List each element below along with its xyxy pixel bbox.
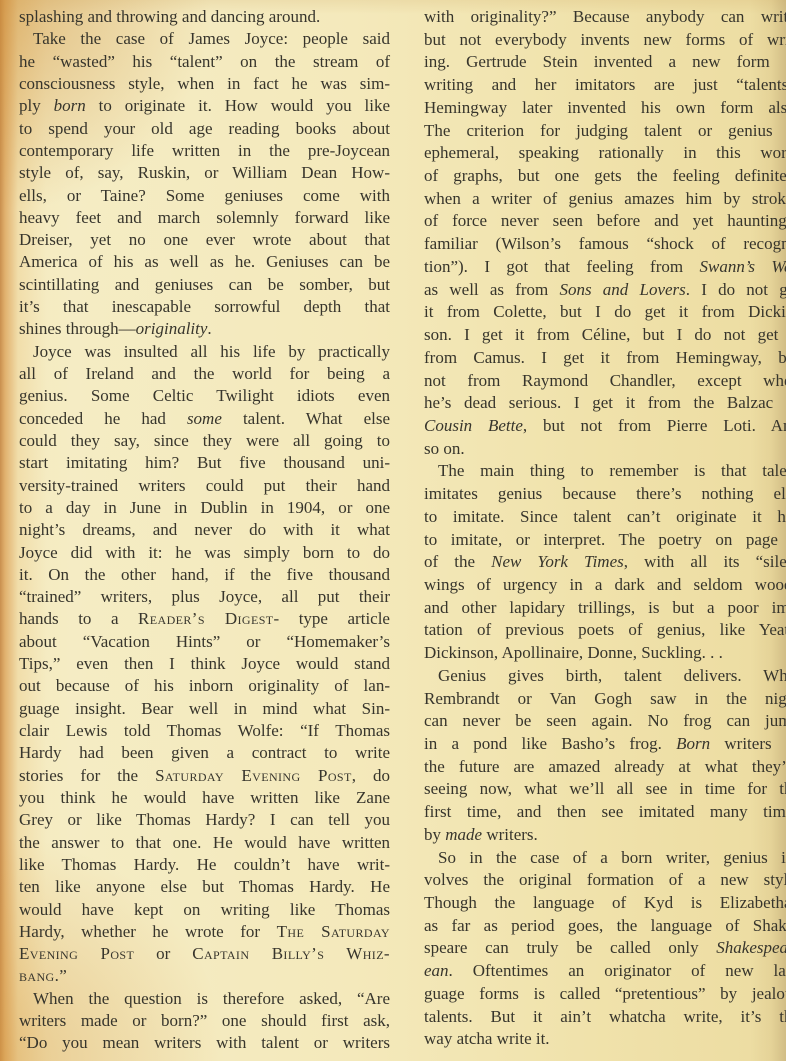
text-line: to a day in June in Dublin in 1904, or o… xyxy=(19,497,390,519)
text-line: When the question is therefore asked, “A… xyxy=(19,988,390,1010)
text-line: the answer to that one. He would have wr… xyxy=(19,832,390,854)
book-page: splashing and throwing and dancing aroun… xyxy=(0,0,786,1061)
text-line: genius. Some Celtic Twilight idiots even xyxy=(19,385,390,407)
text-line: it. On the other hand, if the five thous… xyxy=(19,564,390,586)
text-line: stories for the Saturday Evening Post, d… xyxy=(19,765,390,787)
text-line: of force never seen before and yet haunt… xyxy=(424,210,786,233)
text-line: The main thing to remember is that talen… xyxy=(424,460,786,483)
text-line: tation of previous poets of genius, like… xyxy=(424,619,786,642)
text-line: could they say, since they were all goin… xyxy=(19,430,390,452)
text-line: as well as from Sons and Lovers. I do no… xyxy=(424,279,786,302)
text-line: contemporary life written in the pre-Joy… xyxy=(19,140,390,162)
text-line: splashing and throwing and dancing aroun… xyxy=(19,6,390,28)
text-line: America of his as well as he. Geniuses c… xyxy=(19,251,390,273)
text-line: ing. Gertrude Stein invented a new form … xyxy=(424,51,786,74)
text-line: so on. xyxy=(424,438,786,461)
text-line: Grey or like Thomas Hardy? I can tell yo… xyxy=(19,809,390,831)
text-line: from Camus. I get it from Hemingway, but xyxy=(424,347,786,370)
text-line: Though the language of Kyd is Elizabetha… xyxy=(424,892,786,915)
text-line: speare can truly be called only Shakespe… xyxy=(424,937,786,960)
text-line: familiar (Wilson’s famous “shock of reco… xyxy=(424,233,786,256)
text-line: night’s dreams, and never do with it wha… xyxy=(19,519,390,541)
text-line: as far as period goes, the language of S… xyxy=(424,915,786,938)
text-line: to imitate. Since talent can’t originate… xyxy=(424,506,786,529)
text-line: Hardy had been given a contract to write xyxy=(19,742,390,764)
text-line: hands to a Reader’s Digest- type article xyxy=(19,608,390,630)
text-line: of the New York Times, with all its “sil… xyxy=(424,551,786,574)
text-line: conceded he had some talent. What else xyxy=(19,408,390,430)
text-line: son. I get it from Céline, but I do not … xyxy=(424,324,786,347)
text-line: consciousness style, when in fact he was… xyxy=(19,73,390,95)
text-line: Joyce was insulted all his life by pract… xyxy=(19,341,390,363)
text-line: like Thomas Hardy. He couldn’t have writ… xyxy=(19,854,390,876)
text-line: imitates genius because there’s nothing … xyxy=(424,483,786,506)
right-text-column: with originality?” Because anybody can w… xyxy=(424,6,786,1051)
text-line: Rembrandt or Van Gogh saw in the night xyxy=(424,688,786,711)
text-line: in a pond like Basho’s frog. Born writer… xyxy=(424,733,786,756)
text-line: ply born to originate it. How would you … xyxy=(19,95,390,117)
text-line: he’s dead serious. I get it from the Bal… xyxy=(424,392,786,415)
text-line: way atcha write it. xyxy=(424,1028,786,1051)
text-line: not from Raymond Chandler, except when xyxy=(424,370,786,393)
text-line: Hemingway later invented his own form al… xyxy=(424,97,786,120)
text-line: Hardy, whether he wrote for The Saturday xyxy=(19,921,390,943)
text-line: Dickinson, Apollinaire, Donne, Suckling.… xyxy=(424,642,786,665)
text-line: scintillating and geniuses can be somber… xyxy=(19,274,390,296)
text-line: out because of his inborn originality of… xyxy=(19,675,390,697)
text-line: The criterion for judging talent or geni… xyxy=(424,120,786,143)
text-line: but not everybody invents new forms of w… xyxy=(424,29,786,52)
text-line: writers made or born?” one should first … xyxy=(19,1010,390,1032)
text-line: to imitate, or interpret. The poetry on … xyxy=(424,529,786,552)
text-line: Tips,” even then I think Joyce would sta… xyxy=(19,653,390,675)
text-line: Evening Post or Captain Billy’s Whiz- xyxy=(19,943,390,965)
text-line: first time, and then see imitated many t… xyxy=(424,801,786,824)
text-line: writing and her imitators are just “tale… xyxy=(424,74,786,97)
text-line: and other lapidary trillings, is but a p… xyxy=(424,597,786,620)
text-line: volves the original formation of a new s… xyxy=(424,869,786,892)
text-line: he “wasted” his “talent” on the stream o… xyxy=(19,51,390,73)
text-line: shines through—originality. xyxy=(19,318,390,340)
text-line: the future are amazed already at what th… xyxy=(424,756,786,779)
text-line: of graphs, but one gets the feeling defi… xyxy=(424,165,786,188)
text-line: bang.” xyxy=(19,965,390,987)
text-line: Genius gives birth, talent delivers. Wha… xyxy=(424,665,786,688)
text-line: all of Ireland and the world for being a xyxy=(19,363,390,385)
text-line: start imitating him? But five thousand u… xyxy=(19,452,390,474)
text-line: Joyce did with it: he was simply born to… xyxy=(19,542,390,564)
text-line: “trained” writers, plus Joyce, all put t… xyxy=(19,586,390,608)
text-line: with originality?” Because anybody can w… xyxy=(424,6,786,29)
text-line: style of, say, Ruskin, or William Dean H… xyxy=(19,162,390,184)
text-line: ten like anyone else but Thomas Hardy. H… xyxy=(19,876,390,898)
text-line: wings of urgency in a dark and seldom wo… xyxy=(424,574,786,597)
text-line: talents. But it ain’t whatcha write, it’… xyxy=(424,1006,786,1029)
text-line: “Do you mean writers with talent or writ… xyxy=(19,1032,390,1054)
text-line: clair Lewis told Thomas Wolfe: “If Thoma… xyxy=(19,720,390,742)
text-line: to spend your old age reading books abou… xyxy=(19,118,390,140)
text-line: Dreiser, yet no one ever wrote about tha… xyxy=(19,229,390,251)
text-line: guage forms is called “pretentious” by j… xyxy=(424,983,786,1006)
text-line: Take the case of James Joyce: people sai… xyxy=(19,28,390,50)
text-line: you think he would have written like Zan… xyxy=(19,787,390,809)
text-line: versity-trained writers could put their … xyxy=(19,475,390,497)
text-line: So in the case of a born writer, genius … xyxy=(424,847,786,870)
text-line: ean. Oftentimes an originator of new lan… xyxy=(424,960,786,983)
left-text-column: splashing and throwing and dancing aroun… xyxy=(19,6,390,1055)
text-line: by made writers. xyxy=(424,824,786,847)
text-line: seeing now, what we’ll all see in time f… xyxy=(424,778,786,801)
text-line: heavy feet and march solemnly forward li… xyxy=(19,207,390,229)
text-line: ephemeral, speaking rationally in this w… xyxy=(424,142,786,165)
text-line: tion”). I got that feeling from Swann’s … xyxy=(424,256,786,279)
text-line: ells, or Taine? Some geniuses come with xyxy=(19,185,390,207)
text-line: about “Vacation Hints” or “Homemaker’s xyxy=(19,631,390,653)
text-line: when a writer of genius amazes him by st… xyxy=(424,188,786,211)
text-line: it from Colette, but I do get it from Di… xyxy=(424,301,786,324)
text-line: it’s that inescapable sorrowful depth th… xyxy=(19,296,390,318)
text-line: guage insight. Bear well in mind what Si… xyxy=(19,698,390,720)
text-line: can never be seen again. No frog can jum… xyxy=(424,710,786,733)
text-line: would have kept on writing like Thomas xyxy=(19,899,390,921)
text-line: Cousin Bette, but not from Pierre Loti. … xyxy=(424,415,786,438)
